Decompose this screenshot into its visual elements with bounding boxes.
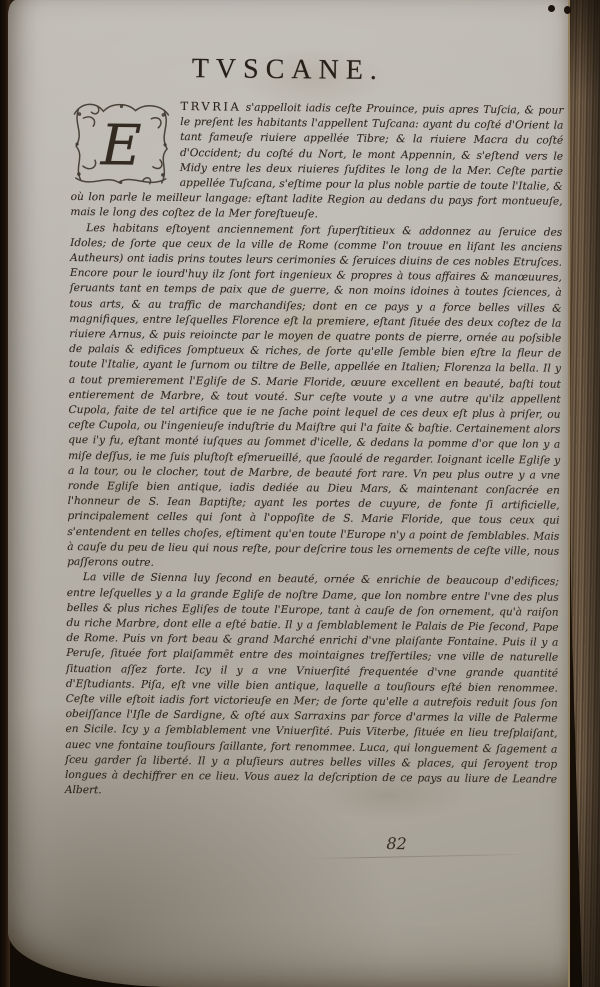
paper-crease — [308, 854, 528, 860]
page-number: 82 — [64, 831, 556, 855]
page-title: TVSCANE. — [42, 52, 534, 89]
book-page: TVSCANE. — [8, 0, 570, 987]
paragraph-3: La ville de Sienna luy ſecond en beauté,… — [65, 570, 559, 803]
book-photo: TVSCANE. — [0, 0, 600, 987]
drop-cap-letter: E — [99, 113, 142, 178]
page-content: TVSCANE. — [64, 52, 564, 855]
paragraph-1-lead-word: TRVRIA — [180, 99, 241, 114]
drop-cap-woodcut: E — [71, 100, 172, 189]
page-edge-mark — [548, 5, 555, 12]
paragraph-2: Les habitans eſtoyent anciennement fort … — [67, 221, 562, 575]
paragraph-1: E TRVRIA s'appelloit iadis ceſte Prouinc… — [70, 98, 563, 225]
book-fore-edge — [566, 0, 600, 987]
page-edge-mark — [564, 6, 571, 14]
